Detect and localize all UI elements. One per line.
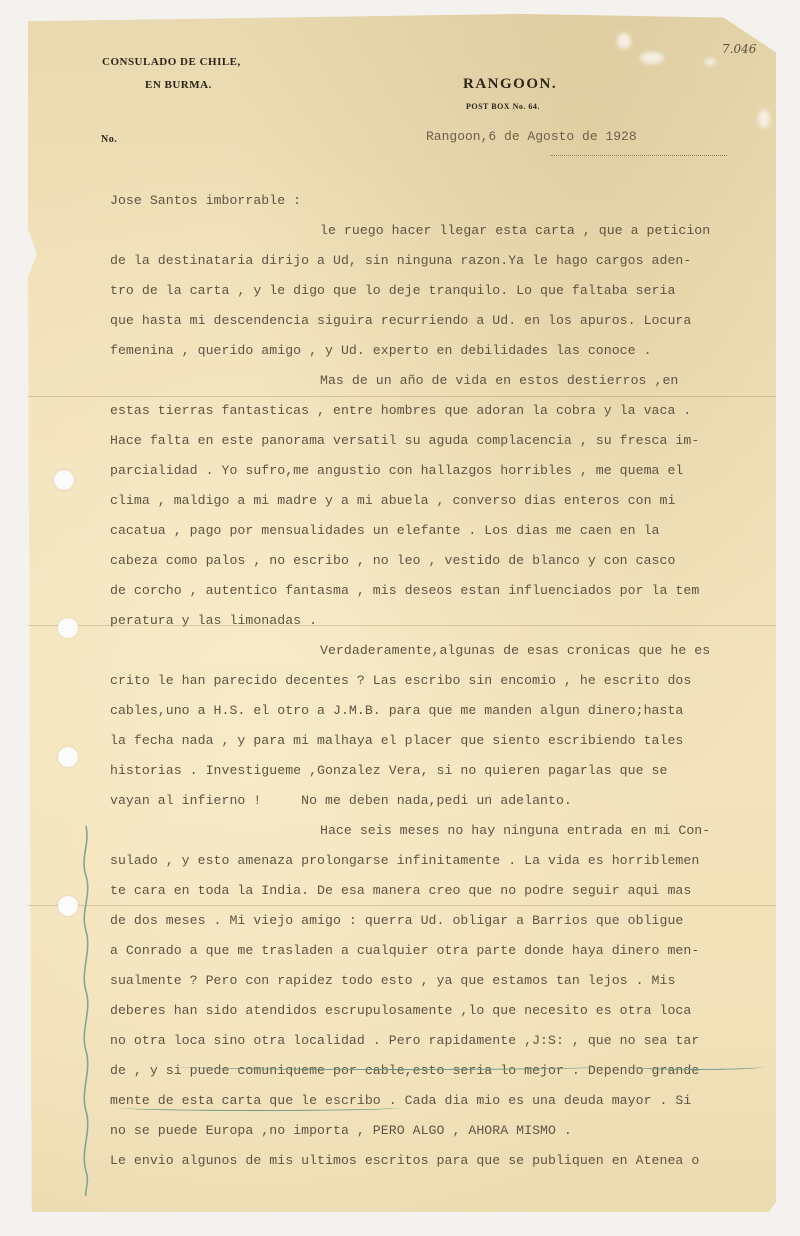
paper-stain [758,110,770,128]
body-line: de corcho , autentico fantasma , mis des… [110,576,770,606]
body-line: parcialidad . Yo sufro,me angustio con h… [110,456,770,486]
punch-hole [58,618,78,638]
body-line: mente de esta carta que le escribo . Cad… [110,1086,770,1116]
body-line: femenina , querido amigo , y Ud. experto… [110,336,770,366]
body-line: Verdaderamente,algunas de esas cronicas … [110,636,770,666]
punch-hole [58,747,78,767]
body-line: cables,uno a H.S. el otro a J.M.B. para … [110,696,770,726]
post-box: POST BOX No. 64. [466,102,540,111]
body-line: no otra loca sino otra localidad . Pero … [110,1026,770,1056]
body-lines: le ruego hacer llegar esta carta , que a… [110,216,770,1176]
paper-stain [705,58,715,66]
green-underline-annotation [175,1063,610,1070]
body-line: cabeza como palos , no escribo , no leo … [110,546,770,576]
body-line: Mas de un año de vida en estos destierro… [110,366,770,396]
body-line: a Conrado a que me trasladen a cualquier… [110,936,770,966]
date-line: Rangoon,6 de Agosto de 1928 [426,129,637,144]
body-line: de dos meses . Mi viejo amigo : querra U… [110,906,770,936]
dotted-rule [551,155,727,156]
body-line: tro de la carta , y le digo que lo deje … [110,276,770,306]
body-line: sulado , y esto amenaza prolongarse infi… [110,846,770,876]
punch-hole [58,896,78,916]
body-line: peratura y las limonadas . [110,606,770,636]
green-underline-annotation [628,1063,764,1070]
punch-hole [54,470,74,490]
paper-stain [640,52,664,64]
green-margin-bracket-annotation [78,826,94,1196]
letterhead-city: RANGOON. [463,76,557,93]
body-line: vayan al infierno ! No me deben nada,ped… [110,786,770,816]
body-line: deberes han sido atendidos escrupulosame… [110,996,770,1026]
letter-body: Jose Santos imborrable : le ruego hacer … [110,186,770,1176]
body-line: la fecha nada , y para mi malhaya el pla… [110,726,770,756]
body-line: Hace seis meses no hay ninguna entrada e… [110,816,770,846]
green-underline-annotation [117,1104,401,1111]
archive-number: 7.046 [722,42,756,56]
body-line: no se puede Europa ,no importa , PERO AL… [110,1116,770,1146]
body-line: de la destinataria dirijo a Ud, sin ning… [110,246,770,276]
body-line: crito le han parecido decentes ? Las esc… [110,666,770,696]
body-line: cacatua , pago por mensualidades un elef… [110,516,770,546]
body-line: clima , maldigo a mi madre y a mi abuela… [110,486,770,516]
paper-stain [617,33,631,49]
body-line: que hasta mi descendencia siguira recurr… [110,306,770,336]
body-line: Le envio algunos de mis ultimos escritos… [110,1146,770,1176]
body-line: historias . Investigueme ,Gonzalez Vera,… [110,756,770,786]
salutation: Jose Santos imborrable : [110,186,770,216]
body-line: te cara en toda la India. De esa manera … [110,876,770,906]
document-number-label: No. [101,134,117,145]
body-line: sualmente ? Pero con rapidez todo esto ,… [110,966,770,996]
consulate-name: CONSULADO DE CHILE, [102,56,241,68]
body-line: de , y si puede comuniqueme por cable,es… [110,1056,770,1086]
body-line: estas tierras fantasticas , entre hombre… [110,396,770,426]
consulate-location: EN BURMA. [145,79,212,91]
body-line: le ruego hacer llegar esta carta , que a… [110,216,770,246]
body-line: Hace falta en este panorama versatil su … [110,426,770,456]
